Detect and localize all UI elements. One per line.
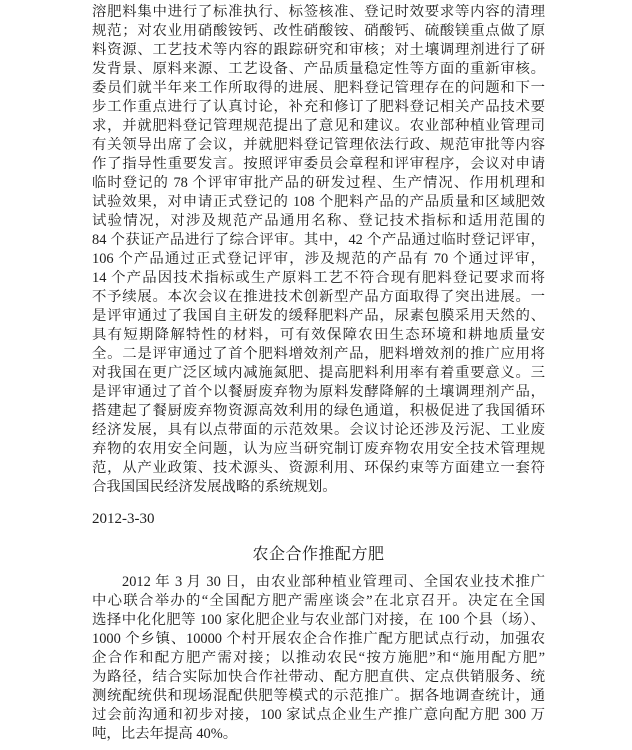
text-line: 是评审通过了首个以餐厨废弃物为原料发酵降解的土壤调理剂产品， [92,383,545,402]
text-line: 步工作重点进行了认真讨论，补充和修订了肥料登记相关产品技术要 [92,98,545,117]
text-line: 中心联合举办的“全国配方肥产需座谈会”在北京召开。决定在全国 [92,592,545,611]
text-line: 经济发展，具有以点带面的示范效果。会议讨论还涉及污泥、工业废 [92,421,545,440]
article-title: 农企合作推配方肥 [92,545,545,565]
text-line: 对我国在更广泛区域内减施氮肥、提高肥料利用率有着重要意义。三 [92,364,545,383]
text-line: 发背景、原料来源、工艺设备、产品质量稳定性等方面的重新审核。 [92,60,545,79]
text-line: 溶肥料集中进行了标准执行、标签核准、登记时效要求等内容的清理 [92,3,545,22]
text-line: 选择中化化肥等 100 家化肥企业与农业部门对接，在 100 个县（场）、 [92,611,545,630]
text-line: 过会前沟通和初步对接，100 家试点企业生产推广意向配方肥 300 万 [92,706,545,725]
text-line: 临时登记的 78 个评审审批产品的研发过程、生产情况、作用机理和 [92,174,545,193]
text-line: 具有短期降解特性的材料，可有效保障农田生态环境和耕地质量安 [92,326,545,345]
document-page: 溶肥料集中进行了标准执行、标签核准、登记时效要求等内容的清理规范；对农业用硝酸铵… [92,3,545,744]
text-line: 弃物的农用安全问题，认为应当研究制订废弃物农用安全技术管理规 [92,440,545,459]
text-line: 范，从产业政策、技术源头、资源利用、环保约束等方面建立一套符 [92,459,545,478]
text-line: 作了指导性重要发言。按照评审委员会章程和评审程序，会议对申请 [92,155,545,174]
text-line: 1000 个乡镇、10000 个村开展农企合作推广配方肥试点行动，加强农 [92,630,545,649]
text-line: 2012 年 3 月 30 日，由农业部种植业管理司、全国农业技术推广 [92,573,545,592]
text-line: 测统配统供和现场混配供肥等模式的示范推广。据各地调查统计，通 [92,687,545,706]
text-line: 是评审通过了我国自主研发的缓释肥料产品，尿素包膜采用天然的、 [92,307,545,326]
text-line: 规范；对农业用硝酸铵钙、改性硝酸铵、硝酸钙、硫酸镁重点做了原 [92,22,545,41]
text-line: 有关领导出席了会议，并就肥料登记管理依法行政、规范审批等内容 [92,136,545,155]
text-line: 搭建起了餐厨废弃物资源高效利用的绿色通道，积极促进了我国循环 [92,402,545,421]
text-line: 不予续展。本次会议在推进技术创新型产品方面取得了突出进展。一 [92,288,545,307]
text-line: 求，并就肥料登记管理规范提出了意见和建议。农业部种植业管理司 [92,117,545,136]
text-line: 吨，比去年提高 40%。 [92,725,545,744]
text-line: 试验效果，对申请正式登记的 108 个肥料产品的产品质量和区域肥效 [92,193,545,212]
text-line: 合我国国民经济发展战略的系统规划。 [92,478,545,497]
paragraph-agri-enterprise-cooperation: 2012 年 3 月 30 日，由农业部种植业管理司、全国农业技术推广中心联合举… [92,573,545,744]
text-line: 料资源、工艺技术等内容的跟踪研究和审核；对土壤调理剂进行了研 [92,41,545,60]
text-line: 14 个产品因技术指标或生产原料工艺不符合现有肥料登记要求而将 [92,269,545,288]
text-line: 为路径，结合实际加快合作社带动、配方肥直供、定点供销服务、统 [92,668,545,687]
text-line: 106 个产品通过正式登记评审，涉及规范的产品有 70 个通过评审， [92,250,545,269]
text-line: 企合作和配方肥产需对接；以推动农民“按方施肥”和“施用配方肥” [92,649,545,668]
text-line: 全。二是评审通过了首个肥料增效剂产品，肥料增效剂的推广应用将 [92,345,545,364]
article-date: 2012-3-30 [92,510,545,529]
text-line: 委员们就半年来工作所取得的进展、肥料登记管理存在的问题和下一 [92,79,545,98]
text-line: 84 个获证产品进行了综合评审。其中，42 个产品通过临时登记评审， [92,231,545,250]
paragraph-fertilizer-registry-review: 溶肥料集中进行了标准执行、标签核准、登记时效要求等内容的清理规范；对农业用硝酸铵… [92,3,545,497]
text-line: 试验情况，对涉及规范产品通用名称、登记技术指标和适用范围的 [92,212,545,231]
